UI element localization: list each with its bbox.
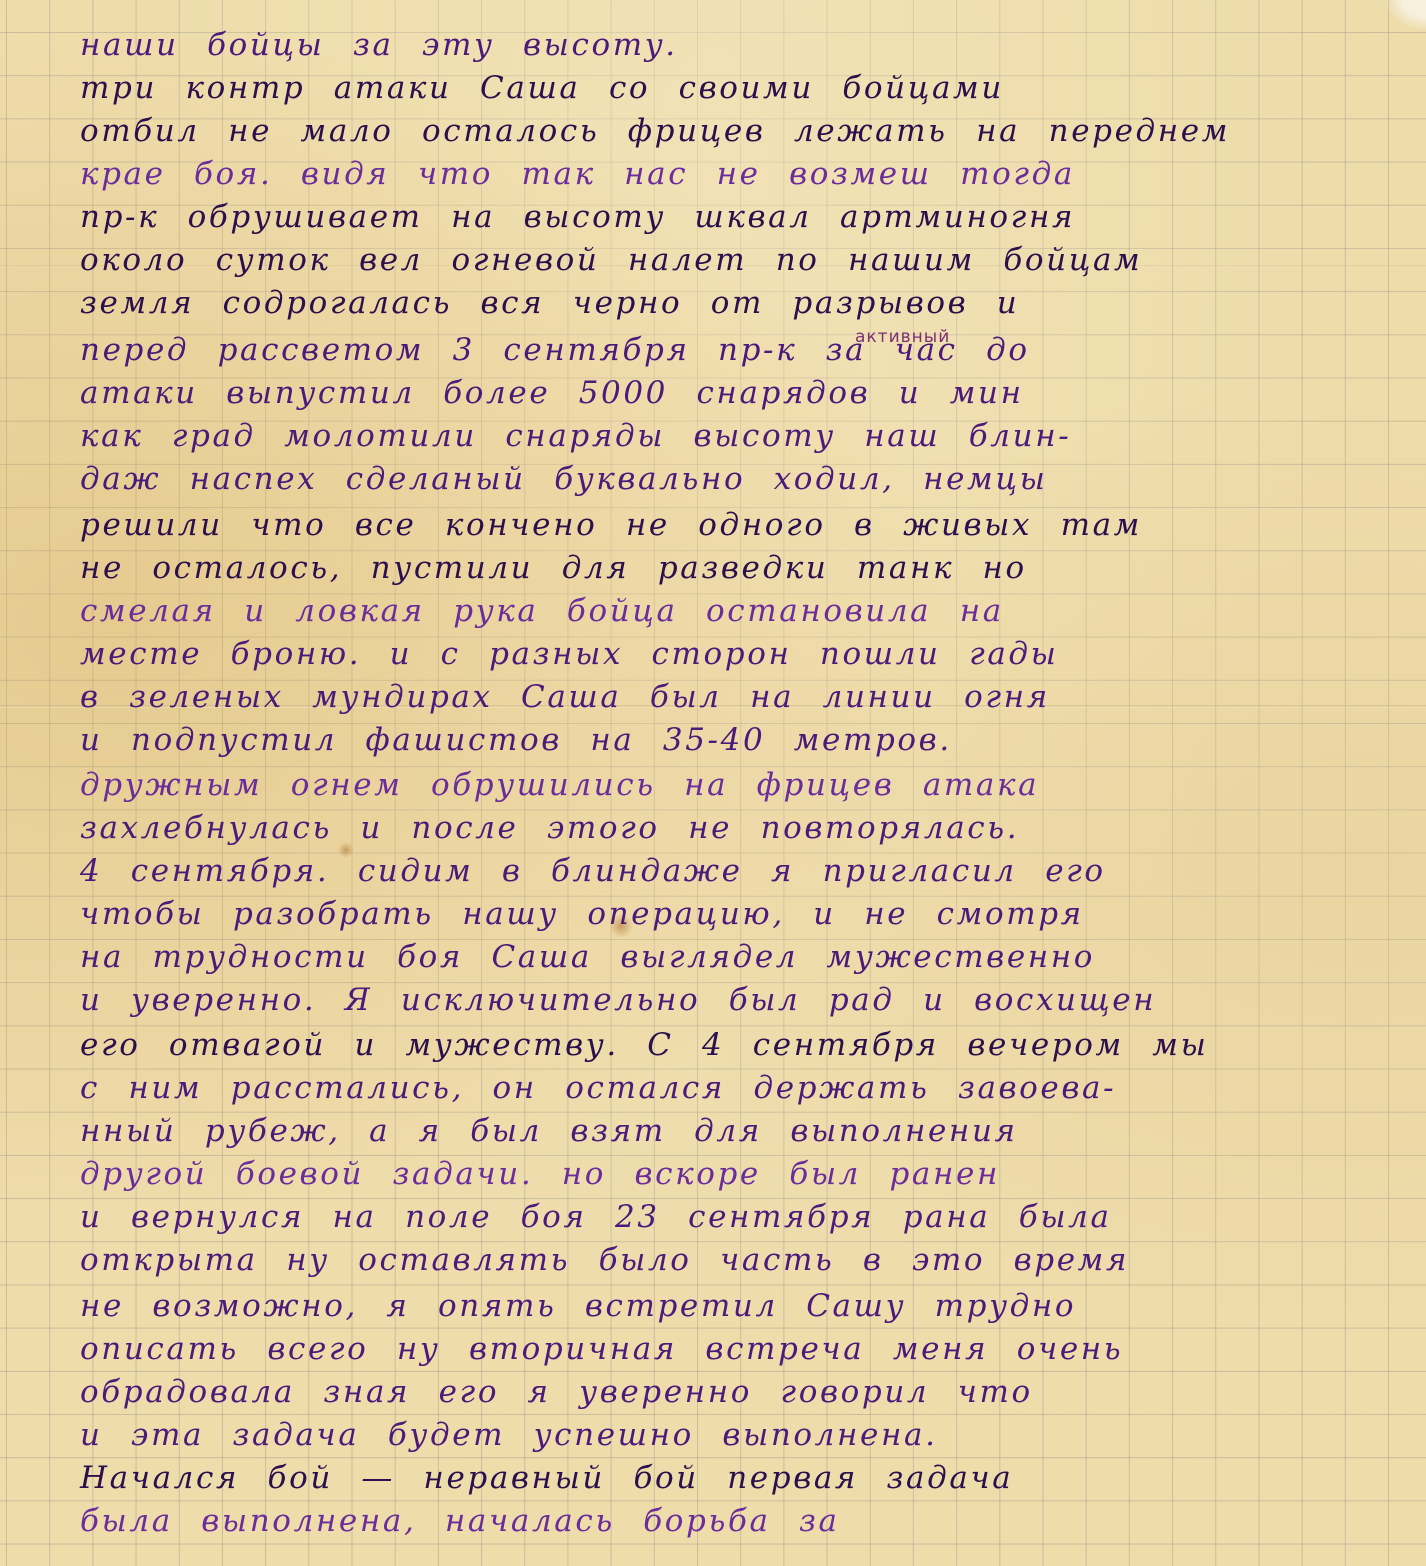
letter-line: другой боевой задачи. но вскоре был ране… xyxy=(80,1153,1406,1196)
letter-line: захлебнулась и после этого не повторялас… xyxy=(80,807,1406,850)
letter-line: его отвагой и мужеству. С 4 сентября веч… xyxy=(80,1024,1406,1067)
letter-line: чтобы разобрать нашу операцию, и не смот… xyxy=(80,893,1406,936)
letter-line: отбил не мало осталось фрицев лежать на … xyxy=(80,110,1406,153)
letter-line: не возможно, я опять встретил Сашу трудн… xyxy=(80,1285,1406,1328)
letter-line: в зеленых мундирах Саша был на линии огн… xyxy=(80,676,1406,719)
letter-line: как град молотили снаряды высоту наш бли… xyxy=(80,415,1406,458)
letter-line: крае боя. видя что так нас не возмеш тог… xyxy=(80,153,1406,196)
letter-line: земля содрогалась вся черно от разрывов … xyxy=(80,282,1406,325)
letter-line: дружным огнем обрушились на фрицев атака xyxy=(80,764,1406,807)
letter-line: три контр атаки Саша со своими бойцами xyxy=(80,67,1406,110)
letter-line: с ним расстались, он остался держать зав… xyxy=(80,1067,1406,1110)
letter-line: на трудности боя Саша выглядел мужествен… xyxy=(80,936,1406,979)
letter-line: и эта задача будет успешно выполнена. xyxy=(80,1414,1406,1457)
letter-line: около суток вел огневой налет по нашим б… xyxy=(80,239,1406,282)
margin-annotation: активный xyxy=(855,327,950,347)
letter-line: даж наспех сделаный буквально ходил, нем… xyxy=(80,458,1406,501)
letter-line: была выполнена, началась борьба за xyxy=(80,1500,1406,1543)
letter-line: атаки выпустил более 5000 снарядов и мин xyxy=(80,372,1406,415)
letter-line: нный рубеж, а я был взят для выполнения xyxy=(80,1110,1406,1153)
letter-line: описать всего ну вторичная встреча меня … xyxy=(80,1328,1406,1371)
letter-page: наши бойцы за эту высоту. три контр атак… xyxy=(0,0,1426,1566)
letter-line: наши бойцы за эту высоту. xyxy=(80,24,1406,67)
letter-line: смелая и ловкая рука бойца остановила на xyxy=(80,590,1406,633)
letter-line: месте броню. и с разных сторон пошли гад… xyxy=(80,633,1406,676)
letter-line: открыта ну оставлять было часть в это вр… xyxy=(80,1239,1406,1282)
letter-line: Начался бой — неравный бой первая задача xyxy=(80,1457,1406,1500)
letter-line: и подпустил фашистов на 35-40 метров. xyxy=(80,719,1406,762)
letter-line: решили что все кончено не одного в живых… xyxy=(80,504,1406,547)
letter-line: не осталось, пустили для разведки танк н… xyxy=(80,547,1406,590)
letter-line: пр-к обрушивает на высоту шквал артминог… xyxy=(80,196,1406,239)
letter-line: и вернулся на поле боя 23 сентября рана … xyxy=(80,1196,1406,1239)
letter-line: и уверенно. Я исключительно был рад и во… xyxy=(80,979,1406,1022)
letter-line: 4 сентября. сидим в блиндаже я пригласил… xyxy=(80,850,1406,893)
letter-line: перед рассветом 3 сентября пр-к за час д… xyxy=(80,329,1406,372)
letter-line: обрадовала зная его я уверенно говорил ч… xyxy=(80,1371,1406,1414)
